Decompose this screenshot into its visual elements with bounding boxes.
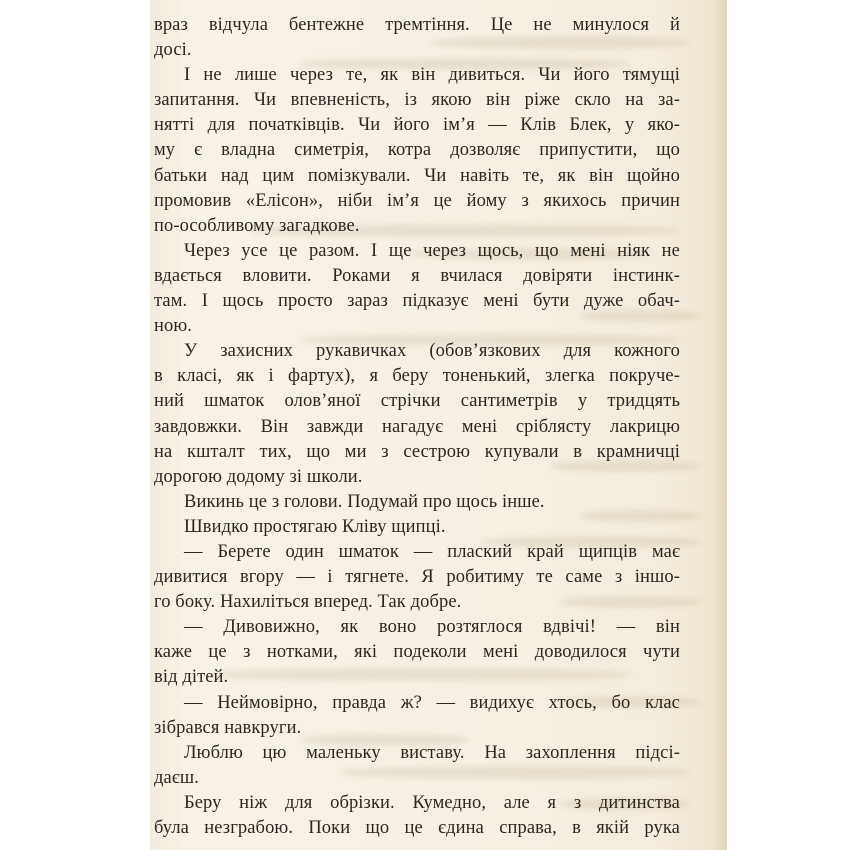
book-page-scan: враз відчула бентежне тремтіння. Це не м… bbox=[150, 0, 727, 850]
text-line: Швидко простягаю Кліву щипці. bbox=[154, 515, 680, 540]
text-line: враз відчула бентежне тремтіння. Це не м… bbox=[154, 13, 680, 38]
text-line: була незграбою. Поки що це єдина справа,… bbox=[154, 816, 680, 841]
text-line: го боку. Нахиліться вперед. Так добре. bbox=[154, 590, 680, 615]
page-text: враз відчула бентежне тремтіння. Це не м… bbox=[154, 13, 680, 841]
text-line: даєш. bbox=[154, 766, 680, 791]
text-line: ний шматок олов’яної стрічки сантиметрів… bbox=[154, 389, 680, 414]
text-line: батьки над цим помізкували. Чи навіть те… bbox=[154, 164, 680, 189]
text-line: по-особливому загадкове. bbox=[154, 214, 680, 239]
text-line: промовив «Елісон», ніби ім’я це йому з я… bbox=[154, 189, 680, 214]
text-line: там. І щось просто зараз підказує мені б… bbox=[154, 289, 680, 314]
text-line: зібрався навкруги. bbox=[154, 716, 680, 741]
text-line: каже це з нотками, які подеколи мені дов… bbox=[154, 640, 680, 665]
text-line: нятті для початківців. Чи його ім’я — Кл… bbox=[154, 113, 680, 138]
text-line: — Неймовірно, правда ж? — видихує хтось,… bbox=[154, 691, 680, 716]
text-line: дорогою додому зі школи. bbox=[154, 465, 680, 490]
text-line: му є владна симетрія, котра дозволяє при… bbox=[154, 138, 680, 163]
text-line: в класі, як і фартух), я беру тоненький,… bbox=[154, 364, 680, 389]
text-line: — Берете один шматок — плаский край щипц… bbox=[154, 540, 680, 565]
text-line: Люблю цю маленьку виставу. На захоплення… bbox=[154, 741, 680, 766]
text-line: ною. bbox=[154, 314, 680, 339]
text-line: досі. bbox=[154, 38, 680, 63]
text-line: Через усе це разом. І ще через щось, що … bbox=[154, 239, 680, 264]
text-line: І не лише через те, як він дивиться. Чи … bbox=[154, 63, 680, 88]
text-line: — Дивовижно, як воно розтяглося вдвічі! … bbox=[154, 615, 680, 640]
text-line: Викинь це з голови. Подумай про щось інш… bbox=[154, 490, 680, 515]
text-line: запитання. Чи впевненість, із якою він р… bbox=[154, 88, 680, 113]
text-line: У захисних рукавичках (обов’язкових для … bbox=[154, 339, 680, 364]
text-line: вдається вловити. Роками я вчилася довір… bbox=[154, 264, 680, 289]
text-line: від дітей. bbox=[154, 665, 680, 690]
text-line: на кшталт тих, що ми з сестрою купували … bbox=[154, 440, 680, 465]
text-line: дивитися вгору — і тягнете. Я робитиму т… bbox=[154, 565, 680, 590]
text-line: завдовжки. Він завжди нагадує мені срібл… bbox=[154, 415, 680, 440]
screenshot-canvas: враз відчула бентежне тремтіння. Це не м… bbox=[0, 0, 850, 850]
text-line: Беру ніж для обрізки. Кумедно, але я з д… bbox=[154, 791, 680, 816]
